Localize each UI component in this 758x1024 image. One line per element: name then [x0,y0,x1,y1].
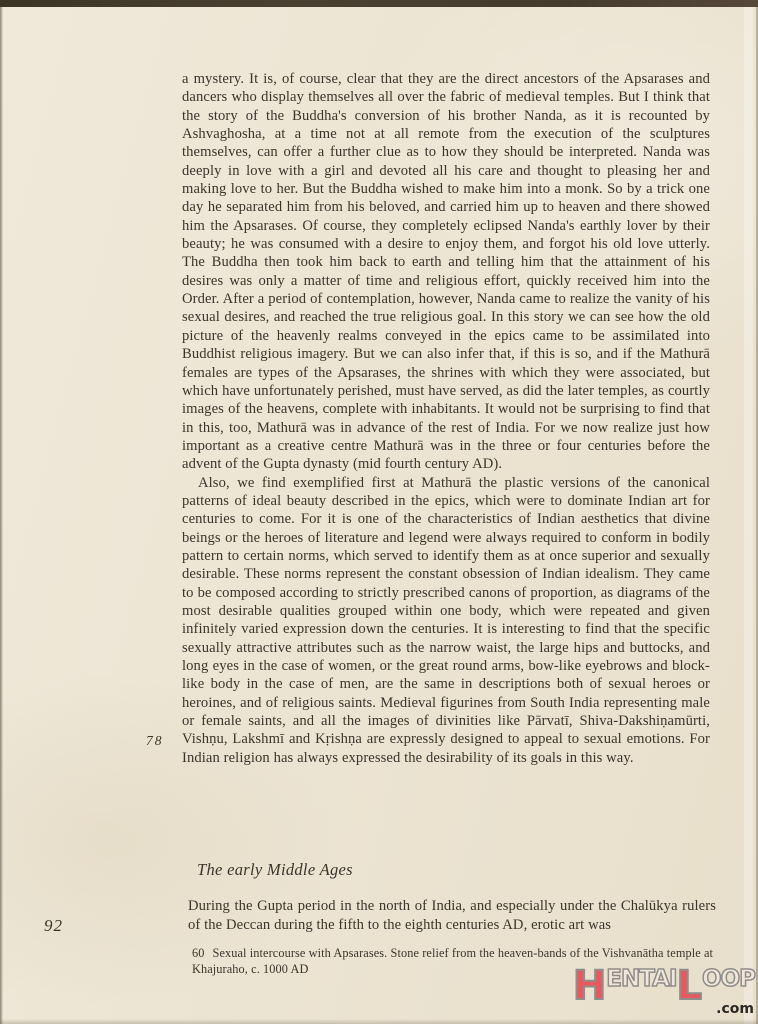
page-number: 92 [44,916,63,936]
scan-left-edge [0,0,3,1024]
book-page-scan: a mystery. It is, of course, clear that … [0,0,758,1024]
watermark-initial-l: L [677,966,703,1006]
body-paragraph-2: Also, we find exemplified first at Mathu… [182,474,710,768]
page-right-sheen [744,7,753,1024]
margin-figure-reference: 78 [146,733,164,749]
figure-caption-number: 60 [192,946,205,960]
watermark-initial-h: H [573,966,606,1006]
body-text-block: a mystery. It is, of course, clear that … [182,70,710,767]
body-paragraph-3: During the Gupta period in the north of … [188,897,716,935]
watermark-dot-com: .com [716,1002,754,1016]
scan-top-edge [0,0,758,7]
watermark-entai: ENTAI [606,968,676,991]
body-paragraph-1: a mystery. It is, of course, clear that … [182,70,710,474]
hentailoop-watermark: H ENTAI L OOP .com [573,966,755,1022]
section-heading: The early Middle Ages [197,860,353,880]
watermark-oop: OOP [702,968,755,991]
